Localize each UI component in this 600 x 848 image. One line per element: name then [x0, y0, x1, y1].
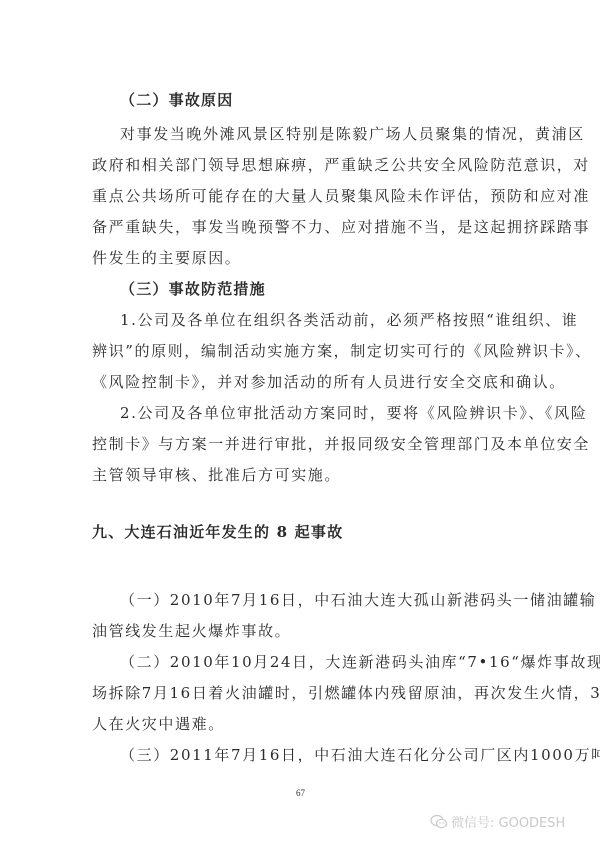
paragraph-line: 重点公共场所可能存在的大量人员聚集风险未作评估，预防和应对准: [92, 186, 512, 206]
paragraph-line: 场拆除7月16日着火油罐时，引燃罐体内残留原油，再次发生火情，3: [92, 683, 512, 703]
chapter-heading-dalian-accidents: 九、大连石油近年发生的 8 起事故: [92, 522, 512, 542]
section-heading-prevention-measures: （三）事故防范措施: [120, 279, 540, 299]
paragraph-line: 对事发当晚外滩风景区特别是陈毅广场人员聚集的情况，黄浦区: [120, 124, 540, 144]
paragraph-line: 辨识”的原则，编制活动实施方案，制定切实可行的《风险辨识卡》、: [92, 341, 512, 361]
paragraph-line: （二）2010年10月24日，大连新港码头油库“7•16“爆炸事故现: [120, 652, 540, 672]
paragraph-line: 《风险控制卡》，并对参加活动的所有人员进行安全交底和确认。: [92, 372, 512, 392]
paragraph-line: 备严重缺失，事发当晚预警不力、应对措施不当，是这起拥挤踩踏事: [92, 217, 512, 237]
section-heading-accident-cause: （二）事故原因: [120, 90, 540, 110]
watermark-text: 微信号: GOODESH: [451, 812, 565, 831]
paragraph-line: （三）2011年7月16日，中石油大连石化分公司厂区内1000万吨: [120, 745, 540, 765]
page-number: 67: [296, 788, 305, 798]
paragraph-line: 件发生的主要原因。: [92, 248, 512, 268]
paragraph-line: 人在火灾中遇难。: [92, 714, 512, 734]
paragraph-line: 政府和相关部门领导思想麻痹，严重缺乏公共安全风险防范意识，对: [92, 155, 512, 175]
wechat-icon: [430, 814, 448, 830]
paragraph-line: 控制卡》与方案一并进行审批，并报同级安全管理部门及本单位安全: [92, 434, 512, 454]
paragraph-line: 主管领导审核、批准后方可实施。: [92, 465, 512, 485]
paragraph-line: 油管线发生起火爆炸事故。: [92, 621, 512, 641]
watermark: 微信号: GOODESH: [430, 812, 565, 831]
paragraph-line: 1.公司及各单位在组织各类活动前，必须严格按照“谁组织、谁: [120, 310, 540, 330]
paragraph-line: （一）2010年7月16日，中石油大连大孤山新港码头一储油罐输: [120, 590, 540, 610]
paragraph-line: 2.公司及各单位审批活动方案同时，要将《风险辨识卡》、《风险: [120, 403, 540, 423]
